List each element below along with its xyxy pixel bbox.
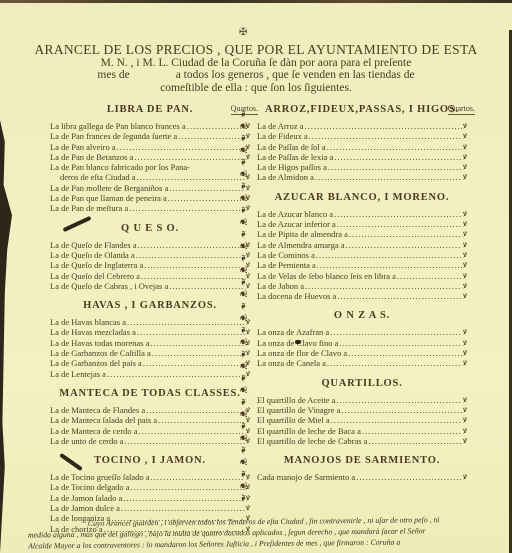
fleuron-ornament-icon: ❧: [236, 302, 248, 310]
item-text: La de Manteca de cerdo a: [50, 426, 138, 436]
leader-dots: ........................................…: [334, 152, 462, 162]
fleuron-ornament-icon: ❦: [236, 458, 248, 466]
item-text: La de Fideux a: [257, 131, 308, 141]
item-text: La de Manteca de Flandes a: [50, 405, 145, 415]
leader-dots: ........................................…: [146, 405, 245, 415]
leader-dots: ........................................…: [158, 415, 245, 425]
price-item: La de Garbanzos de Caſtilla a...........…: [50, 348, 250, 358]
fleuron-ornament-icon: ❧: [236, 350, 248, 358]
price-item: La onza de flor de Clavo a..............…: [257, 348, 467, 358]
price-list: El quartillo de Aceite a................…: [257, 395, 467, 446]
item-text: El quartillo de Aceite a: [257, 395, 335, 405]
price-item: La de Paſſas de lexia a.................…: [257, 152, 467, 162]
price-section: MANTECA DE TODAS CLASSES.La de Manteca d…: [50, 387, 250, 446]
price-list: La de Manteca de Flandes a..............…: [50, 405, 250, 446]
price-item: El quartillo de leche de Baca a.........…: [257, 426, 467, 436]
price-blank-mark: ꝟ: [463, 472, 467, 482]
item-text: La de Garbanzos del pais a: [50, 358, 142, 368]
leader-dots: ........................................…: [317, 260, 462, 270]
price-blank-mark: ꝟ: [463, 271, 467, 281]
price-item: La de Pipita de almendra a..............…: [257, 229, 467, 239]
price-item: La de Arroz a...........................…: [257, 121, 467, 131]
section-header: ARROZ,FIDEUX,PASSAS, I HIGOS.Quartos.: [257, 103, 467, 117]
price-blank-mark: ꝟ: [463, 152, 467, 162]
torn-left-edge: [0, 120, 12, 553]
price-item: La de Queſo de Olanda a.................…: [50, 250, 250, 260]
leader-dots: ........................................…: [348, 348, 462, 358]
item-text: El quartillo de leche de Baca a: [257, 426, 361, 436]
price-item: La de Queſo de Cabras , i Ovejas a......…: [50, 281, 250, 291]
price-item: La de Pemienta a........................…: [257, 260, 467, 270]
price-item: La de Havas blancas a...................…: [50, 317, 250, 327]
fleuron-ornament-icon: ❦: [236, 266, 248, 274]
item-text: La de Tocino grueſſo ſalado a: [50, 472, 150, 482]
item-text: La de Pan blanco fabricado por los Pana-: [50, 162, 190, 172]
price-item: El quartillo de Aceite a................…: [257, 395, 467, 405]
leader-dots: ........................................…: [151, 472, 245, 482]
item-text: La de Manteca ſalada del pais a: [50, 415, 157, 425]
price-item: La de Pan frances de ſegunda ſuerte a...…: [50, 131, 250, 141]
leader-dots: ........................................…: [327, 358, 462, 368]
section-title: QUARTILLOS.: [257, 377, 467, 391]
price-item: El quartillo de Miel a..................…: [257, 415, 467, 425]
title-line-3a: mes de: [97, 69, 129, 81]
item-text: Cada manojo de Sarmiento a: [257, 472, 355, 482]
price-item: La de Tocino delgado a..................…: [50, 482, 250, 492]
price-item: La de Pan que llaman de peneira a.......…: [50, 193, 250, 203]
price-item: La de Queſo de Inglaterra a.............…: [50, 260, 250, 270]
leader-dots: ........................................…: [152, 348, 245, 358]
leader-dots: ........................................…: [137, 327, 245, 337]
item-text: La de Jabon a: [257, 281, 304, 291]
item-text: La onza de flor de Clavo a: [257, 348, 347, 358]
price-section: ARROZ,FIDEUX,PASSAS, I HIGOS.Quartos.La …: [257, 103, 467, 183]
leader-dots: ........................................…: [337, 219, 462, 229]
fleuron-ornament-icon: ❦: [236, 434, 248, 442]
item-text: La de Paſſas de ſol a: [257, 142, 326, 152]
leader-dots: ........................................…: [305, 121, 462, 131]
fleuron-ornament-icon: ❧: [236, 158, 248, 166]
right-price-column: ARROZ,FIDEUX,PASSAS, I HIGOS.Quartos.La …: [257, 103, 467, 490]
section-title: O N Z A S.: [257, 309, 467, 323]
price-item: Cada manojo de Sarmiento a..............…: [257, 472, 467, 482]
leader-dots: ........................................…: [328, 162, 462, 172]
item-text: La de Queſo del Cebrero a: [50, 271, 140, 281]
fleuron-ornament-icon: ❦: [236, 362, 248, 370]
leader-dots: ........................................…: [334, 209, 462, 219]
price-item: La docena de Huevos a...................…: [257, 291, 467, 301]
price-blank-mark: ꝟ: [463, 209, 467, 219]
price-item: La de Velas de ſebo blanco ſeis en libra…: [257, 271, 467, 281]
item-text: El quartillo de Miel a: [257, 415, 330, 425]
item-text: La de Lentejas a: [50, 369, 106, 379]
title-line-1: ARANCEL DE LOS PRECIOS , QUE POR EL AYUN…: [20, 44, 492, 57]
price-item: La onza de Canela a.....................…: [257, 358, 467, 368]
title-line-3b: a todos los generos , que ſe venden en l…: [176, 69, 415, 81]
price-item: La de Paſſas de ſol a...................…: [257, 142, 467, 152]
fleuron-ornament-icon: ❦: [236, 290, 248, 298]
leader-dots: ........................................…: [168, 193, 245, 203]
price-item: La de Manteca de cerdo a................…: [50, 426, 250, 436]
item-text: La de Pan alveiro a: [50, 142, 116, 152]
leader-dots: ........................................…: [137, 172, 245, 182]
price-blank-mark: ꝟ: [463, 131, 467, 141]
leader-dots: ........................................…: [169, 183, 245, 193]
left-price-column: LIBRA DE PAN.Quartos.La libra gallega de…: [50, 103, 250, 542]
price-item: deros de eſta Ciudad a..................…: [50, 172, 250, 182]
price-item: La de Pan blanco fabricado por los Pana-: [50, 162, 250, 172]
leader-dots: ........................................…: [349, 229, 462, 239]
price-blank-mark: ꝟ: [463, 142, 467, 152]
item-text: El quartillo de leche de Cabras a: [257, 436, 367, 446]
section-header: HAVAS , I GARBANZOS.: [50, 299, 250, 313]
item-text: El quartillo de Vinagre a: [257, 405, 340, 415]
fleuron-ornament-icon: ❧: [236, 182, 248, 190]
fleuron-ornament-icon: ❧: [236, 374, 248, 382]
price-item: La onza de Clavo fino a.................…: [257, 338, 467, 348]
leader-dots: ........................................…: [141, 271, 245, 281]
item-text: La de Pan que llaman de peneira a: [50, 193, 167, 203]
leader-dots: ........................................…: [127, 317, 245, 327]
leader-dots: ........................................…: [144, 260, 245, 270]
fleuron-ornament-icon: ❧: [236, 278, 248, 286]
price-list: Cada manojo de Sarmiento a..............…: [257, 472, 467, 482]
leader-dots: ........................................…: [124, 436, 245, 446]
price-item: La de Pan mollete de Berganiños a.......…: [50, 183, 250, 193]
leader-dots: ........................................…: [305, 281, 462, 291]
fleuron-ornament-icon: ❦: [236, 314, 248, 322]
price-blank-mark: ꝟ: [463, 281, 467, 291]
leader-dots: ........................................…: [143, 358, 245, 368]
price-item: La de Almendra amarga a.................…: [257, 240, 467, 250]
item-text: La de Almidon a: [257, 172, 314, 182]
fleuron-ornament-icon: ❦: [236, 170, 248, 178]
price-section: AZUCAR BLANCO, I MORENO.La de Azucar bla…: [257, 191, 467, 302]
title-line-4: comeſtible de ella : que ſon los ſiguien…: [20, 82, 492, 95]
fleuron-ornament-icon: ❧: [236, 254, 248, 262]
leader-dots: ........................................…: [346, 240, 462, 250]
leader-dots: ........................................…: [107, 369, 245, 379]
leader-dots: ........................................…: [397, 271, 462, 281]
price-blank-mark: ꝟ: [463, 327, 467, 337]
item-text: La de Azucar inferior a: [257, 219, 336, 229]
price-list: La de Azucar blanco a...................…: [257, 209, 467, 302]
price-item: La de Havas mezcladas a.................…: [50, 327, 250, 337]
price-blank-mark: ꝟ: [463, 338, 467, 348]
cross-ornament-icon: ✠: [239, 27, 247, 38]
leader-dots: ........................................…: [117, 142, 245, 152]
leader-dots: ........................................…: [150, 338, 245, 348]
fleuron-ornament-icon: ❦: [236, 194, 248, 202]
leader-dots: ........................................…: [129, 203, 245, 213]
fleuron-ornament-icon: ❧: [236, 206, 248, 214]
price-blank-mark: ꝟ: [463, 250, 467, 260]
leader-dots: ........................................…: [169, 281, 245, 291]
price-blank-mark: ꝟ: [463, 162, 467, 172]
price-item: La de Azucar blanco a...................…: [257, 209, 467, 219]
fleuron-ornament-icon: ❧: [236, 398, 248, 406]
leader-dots: ........................................…: [341, 405, 462, 415]
fleuron-ornament-icon: ❧: [236, 470, 248, 478]
item-text: La de Pan de Betanzos a: [50, 152, 133, 162]
item-text: La de Paſſas de lexia a: [257, 152, 333, 162]
price-list: La de Arroz a...........................…: [257, 121, 467, 183]
price-blank-mark: ꝟ: [463, 219, 467, 229]
section-header: MANOJOS DE SARMIENTO.: [257, 454, 467, 468]
price-item: La de Jamon dulce a.....................…: [50, 503, 250, 513]
price-item: La de Manteca de Flandes a..............…: [50, 405, 250, 415]
section-header: AZUCAR BLANCO, I MORENO.: [257, 191, 467, 205]
item-text: La de Pan de meſtura a: [50, 203, 128, 213]
price-item: La de Queſo del Cebrero a...............…: [50, 271, 250, 281]
item-text: La de unto de cerdo a: [50, 436, 123, 446]
price-item: La de unto de cerdo a...................…: [50, 436, 250, 446]
section-header: MANTECA DE TODAS CLASSES.: [50, 387, 250, 401]
item-text: La de Queſo de Inglaterra a: [50, 260, 143, 270]
price-list: La libra gallega de Pan blanco frances a…: [50, 121, 250, 214]
price-item: La de Pan de meſtura a..................…: [50, 203, 250, 213]
price-item: El quartillo de leche de Cabras a.......…: [257, 436, 467, 446]
item-text: La de Pemienta a: [257, 260, 316, 270]
price-item: La de Fideux a..........................…: [257, 131, 467, 141]
unit-label-quartos: Quartos.: [448, 104, 475, 115]
item-text: La de Tocino delgado a: [50, 482, 130, 492]
section-title: ARROZ,FIDEUX,PASSAS, I HIGOS.: [257, 103, 467, 117]
item-text: La onza de Canela a: [257, 358, 326, 368]
price-item: La de Queſo de Flandes a................…: [50, 240, 250, 250]
leader-dots: ........................................…: [316, 250, 462, 260]
price-item: La de Pan de Betanzos a.................…: [50, 152, 250, 162]
item-text: La de Cominos a: [257, 250, 315, 260]
item-text: La de Garbanzos de Caſtilla a: [50, 348, 151, 358]
leader-dots: ........................................…: [121, 503, 245, 513]
price-section: QUARTILLOS.El quartillo de Aceite a.....…: [257, 377, 467, 446]
price-blank-mark: ꝟ: [463, 229, 467, 239]
leader-dots: ........................................…: [356, 472, 462, 482]
fleuron-ornament-icon: ❦: [236, 242, 248, 250]
document-page: ✠ ARANCEL DE LOS PRECIOS , QUE POR EL AY…: [0, 0, 512, 553]
fleuron-ornament-icon: ❧: [236, 134, 248, 142]
price-item: La de Higos paſſos a....................…: [257, 162, 467, 172]
item-text: La de Azucar blanco a: [257, 209, 333, 219]
fleuron-ornament-icon: ❧: [236, 326, 248, 334]
fleuron-ornament-icon: ❦: [236, 122, 248, 130]
leader-dots: ........................................…: [330, 327, 462, 337]
fleuron-ornament-icon: ❧: [236, 494, 248, 502]
fleuron-ornament-icon: ❦: [236, 218, 248, 226]
price-list: La onza de Azafran a....................…: [257, 327, 467, 368]
item-text: La libra gallega de Pan blanco frances a: [50, 121, 186, 131]
price-blank-mark: ꝟ: [463, 240, 467, 250]
price-blank-mark: ꝟ: [463, 395, 467, 405]
price-blank-mark: ꝟ: [463, 415, 467, 425]
leader-dots: ........................................…: [362, 426, 462, 436]
section-title: LIBRA DE PAN.: [50, 103, 250, 117]
price-item: La de Jabon a...........................…: [257, 281, 467, 291]
decree-footer: Cuyo Arancel guarden , i obſerven todos …: [28, 514, 498, 552]
price-blank-mark: ꝟ: [463, 348, 467, 358]
price-list: La de Havas blancas a...................…: [50, 317, 250, 379]
fleuron-ornament-icon: ❦: [236, 386, 248, 394]
item-text: La de Havas mezcladas a: [50, 327, 136, 337]
section-title: MANTECA DE TODAS CLASSES.: [50, 387, 250, 401]
item-text: La docena de Huevos a: [257, 291, 336, 301]
fleuron-ornament-icon: ❦: [236, 482, 248, 490]
price-item: La de Azucar inferior a.................…: [257, 219, 467, 229]
item-text: La de Jamon ſalado a: [50, 493, 122, 503]
price-blank-mark: ꝟ: [463, 426, 467, 436]
fleuron-ornament-icon: ❦: [236, 146, 248, 154]
price-item: La onza de Azafran a....................…: [257, 327, 467, 337]
section-header: LIBRA DE PAN.Quartos.: [50, 103, 250, 117]
item-text: La de Queſo de Cabras , i Ovejas a: [50, 281, 168, 291]
price-blank-mark: ꝟ: [463, 121, 467, 131]
leader-dots: ........................................…: [331, 415, 462, 425]
price-item: La de Garbanzos del pais a..............…: [50, 358, 250, 368]
item-text: La de Havas blancas a: [50, 317, 126, 327]
item-text: La de Almendra amarga a: [257, 240, 345, 250]
fleuron-ornament-icon: ❦: [236, 338, 248, 346]
item-text: La de Jamon dulce a: [50, 503, 120, 513]
price-section: O N Z A S.La onza de Azafran a..........…: [257, 309, 467, 368]
title-line-2: M. N. , i M. L. Ciudad de la Coruña ſe d…: [20, 57, 492, 70]
price-section: MANOJOS DE SARMIENTO.Cada manojo de Sarm…: [257, 454, 467, 482]
price-item: La de Tocino grueſſo ſalado a...........…: [50, 472, 250, 482]
item-text: La de Pipita de almendra a: [257, 229, 348, 239]
item-text: La de Pan mollete de Berganiños a: [50, 183, 168, 193]
leader-dots: ........................................…: [368, 436, 462, 446]
price-item: El quartillo de Vinagre a...............…: [257, 405, 467, 415]
leader-dots: ........................................…: [131, 482, 245, 492]
fleuron-ornament-icon: ❦: [236, 410, 248, 418]
item-text: La de Velas de ſebo blanco ſeis en libra…: [257, 271, 396, 281]
leader-dots: ........................................…: [136, 250, 245, 260]
section-header: QUARTILLOS.: [257, 377, 467, 391]
leader-dots: ........................................…: [339, 338, 462, 348]
leader-dots: ........................................…: [309, 131, 462, 141]
leader-dots: ........................................…: [327, 142, 462, 152]
section-title: HAVAS , I GARBANZOS.: [50, 299, 250, 313]
price-blank-mark: ꝟ: [463, 358, 467, 368]
leader-dots: ........................................…: [315, 172, 462, 182]
price-section: HAVAS , I GARBANZOS.La de Havas blancas …: [50, 299, 250, 379]
item-text: La de Queſo de Flandes a: [50, 240, 137, 250]
price-list: La de Queſo de Flandes a................…: [50, 240, 250, 291]
leader-dots: ........................................…: [138, 240, 245, 250]
fleuron-ornament-icon: ❧: [236, 422, 248, 430]
price-blank-mark: ꝟ: [463, 405, 467, 415]
price-item: La de Manteca ſalada del pais a.........…: [50, 415, 250, 425]
fleuron-ornament-icon: ❧: [236, 446, 248, 454]
page-top-edge: [0, 0, 512, 3]
leader-dots: ........................................…: [139, 426, 245, 436]
price-item: La de Lentejas a........................…: [50, 369, 250, 379]
center-ornament-border: ❧❦❧❦❧❦❧❦❧❦❧❦❧❦❧❦❧❦❧❦❧❦❧❦❧❦❧❦❧❦❧❦❧: [235, 108, 249, 503]
leader-dots: ........................................…: [123, 493, 245, 503]
item-text: La de Higos paſſos a: [257, 162, 327, 172]
item-text: La de Havas todas morenas a: [50, 338, 149, 348]
price-blank-mark: ꝟ: [463, 436, 467, 446]
price-blank-mark: ꝟ: [463, 291, 467, 301]
item-text: La de Arroz a: [257, 121, 304, 131]
item-text: La de Queſo de Olanda a: [50, 250, 135, 260]
price-item: La de Almidon a.........................…: [257, 172, 467, 182]
section-header: O N Z A S.: [257, 309, 467, 323]
item-text: deros de eſta Ciudad a: [50, 172, 136, 182]
price-item: La de Havas todas morenas a.............…: [50, 338, 250, 348]
price-section: Q U E S O.La de Queſo de Flandes a......…: [50, 222, 250, 291]
ink-stroke-mark: [295, 340, 301, 344]
fleuron-ornament-icon: ❧: [236, 230, 248, 238]
leader-dots: ........................................…: [134, 152, 245, 162]
item-text: La de Pan frances de ſegunda ſuerte a: [50, 131, 177, 141]
price-item: La de Jamon ſalado a....................…: [50, 493, 250, 503]
price-blank-mark: ꝟ: [463, 172, 467, 182]
title-line-3: mes dea todos los generos , que ſe vende…: [20, 69, 492, 82]
fleuron-ornament-icon: ❧: [236, 110, 248, 118]
leader-dots: ........................................…: [337, 291, 462, 301]
section-title: AZUCAR BLANCO, I MORENO.: [257, 191, 467, 205]
price-item: La de Cominos a.........................…: [257, 250, 467, 260]
leader-dots: ........................................…: [336, 395, 462, 405]
item-text: La onza de Azafran a: [257, 327, 329, 337]
price-blank-mark: ꝟ: [246, 503, 250, 513]
price-section: LIBRA DE PAN.Quartos.La libra gallega de…: [50, 103, 250, 214]
section-title: MANOJOS DE SARMIENTO.: [257, 454, 467, 468]
document-title: ARANCEL DE LOS PRECIOS , QUE POR EL AYUN…: [20, 44, 492, 94]
price-item: La libra gallega de Pan blanco frances a…: [50, 121, 250, 131]
price-blank-mark: ꝟ: [463, 260, 467, 270]
price-item: La de Pan alveiro a.....................…: [50, 142, 250, 152]
